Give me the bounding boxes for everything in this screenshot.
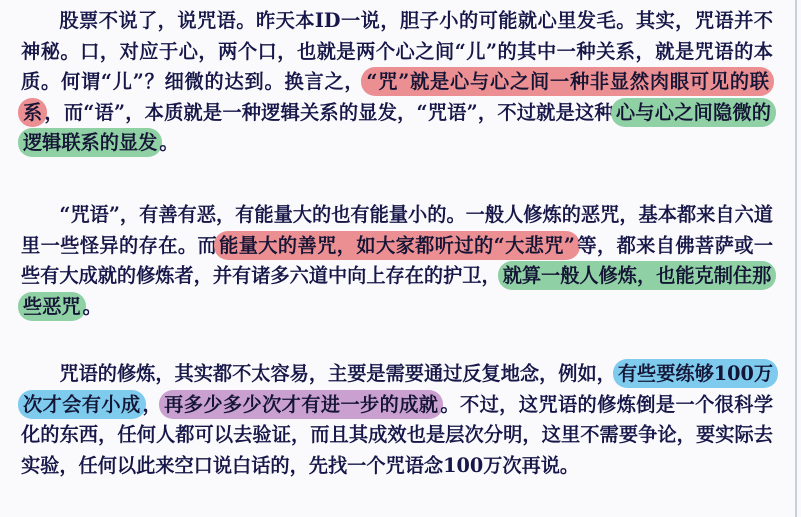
highlight-red: 能量大的善咒，如大家都听过的“大悲咒”: [214, 231, 580, 260]
highlight-purple: 再多少多少次才有进一步的成就: [159, 390, 443, 419]
paragraph-2: “咒语”，有善有恶，有能量大的也有能量小的。一般人修炼的恶咒，基本都来自六道里一…: [21, 200, 773, 322]
document-page: 股票不说了，说咒语。昨天本ID一说，胆子小的可能就心里发毛。其实，咒语并不神秘。…: [0, 0, 797, 517]
text-segment: 咒语的修炼，其实都不太容易，主要是需要通过反复地念，例如，: [59, 362, 615, 385]
text-segment: 。: [159, 131, 178, 154]
text-segment: ，而“语”，本质就是一种逻辑关系的显发，“咒语”，不过就是这种: [44, 101, 613, 124]
paragraph-3: 咒语的修炼，其实都不太容易，主要是需要通过反复地念，例如，有些要练够100万次才…: [21, 359, 773, 481]
text-segment: 。: [83, 295, 102, 318]
paragraph-1: 股票不说了，说咒语。昨天本ID一说，胆子小的可能就心里发毛。其实，咒语并不神秘。…: [21, 6, 773, 159]
